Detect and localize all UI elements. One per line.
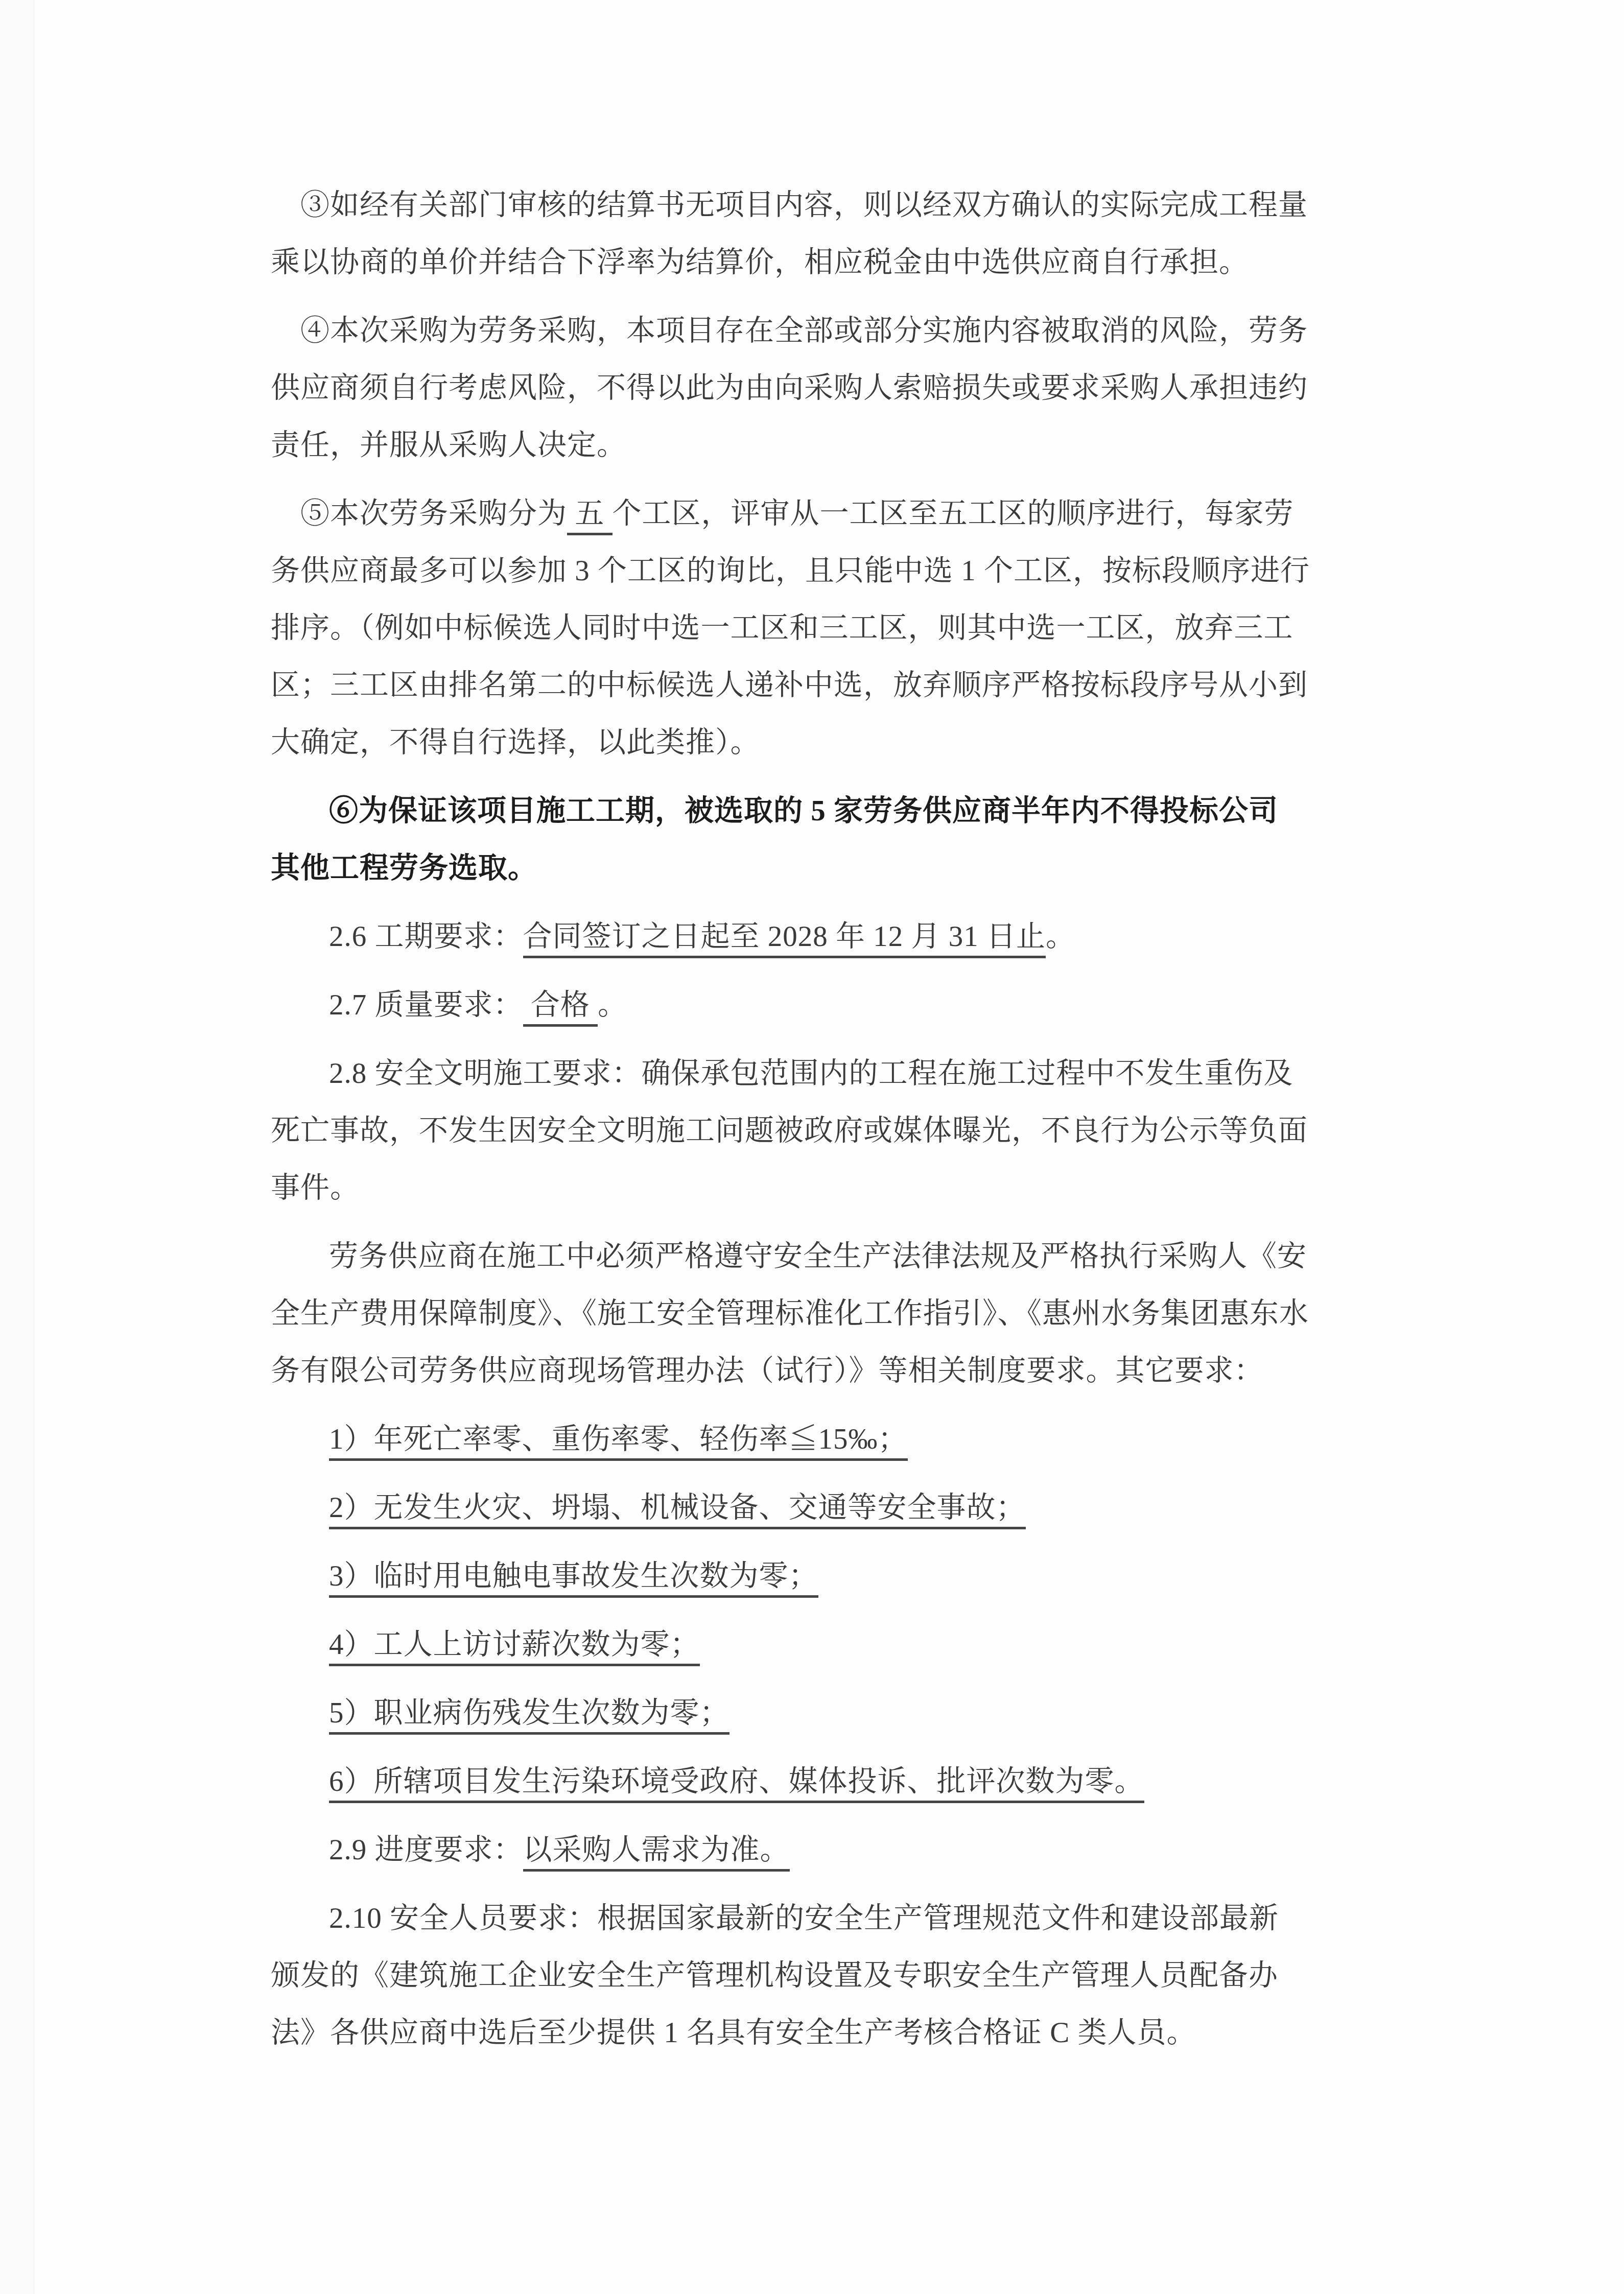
paragraph-item-3: ③如经有关部门审核的结算书无项目内容，则以经双方确认的实际完成工程量 乘以协商的… bbox=[271, 177, 1410, 291]
section-2-9-line: 2.9 进度要求：以采购人需求为准。 bbox=[271, 1822, 1410, 1879]
requirement-item-2-text: 2）无发生火灾、坍塌、机械设备、交通等安全事故； bbox=[329, 1492, 1026, 1529]
section-2-8-line-3: 事件。 bbox=[271, 1160, 1410, 1217]
requirement-item-3-line: 3）临时用电触电事故发生次数为零； bbox=[271, 1548, 1410, 1605]
paragraph-item-5-line-5: 大确定，不得自行选择，以此类推）。 bbox=[271, 714, 1410, 771]
requirement-item-6-text: 6）所辖项目发生污染环境受政府、媒体投诉、批评次数为零。 bbox=[329, 1765, 1144, 1803]
paragraph-safety-rules-line-1: 劳务供应商在施工中必须严格遵守安全生产法律法规及严格执行采购人《安 bbox=[271, 1228, 1410, 1285]
paragraph-item-6-bold: ⑥为保证该项目施工工期，被选取的 5 家劳务供应商半年内不得投标公司 其他工程劳… bbox=[271, 783, 1410, 897]
paragraph-item-4: ④本次采购为劳务采购，本项目存在全部或部分实施内容被取消的风险，劳务 供应商须自… bbox=[271, 302, 1410, 474]
section-2-8-safety-civilized-construction: 2.8 安全文明施工要求：确保承包范围内的工程在施工过程中不发生重伤及 死亡事故… bbox=[271, 1045, 1410, 1217]
section-2-9-underlined-value: 以采购人需求为准。 bbox=[523, 1834, 790, 1872]
requirement-item-4-text: 4）工人上访讨薪次数为零； bbox=[329, 1628, 700, 1666]
paragraph-item-5: ⑤本次劳务采购分为 五 个工区，评审从一工区至五工区的顺序进行，每家劳 务供应商… bbox=[271, 485, 1410, 771]
section-2-6-suffix: 。 bbox=[1046, 920, 1075, 953]
section-2-7-underlined-value: 合格 bbox=[523, 989, 598, 1027]
section-2-7-line: 2.7 质量要求： 合格 。 bbox=[271, 977, 1410, 1034]
paragraph-item-5-line-1-rest: 个工区，评审从一工区至五工区的顺序进行，每家劳 bbox=[613, 498, 1294, 530]
section-2-10-line-1: 2.10 安全人员要求：根据国家最新的安全生产管理规范文件和建设部最新 bbox=[271, 1890, 1410, 1947]
requirement-item-1-text: 1）年死亡率零、重伤率零、轻伤率≦15‰； bbox=[329, 1423, 908, 1461]
paragraph-safety-rules-line-3: 务有限公司劳务供应商现场管理办法（试行）》等相关制度要求。其它要求： bbox=[271, 1342, 1410, 1400]
requirement-item-6-line: 6）所辖项目发生污染环境受政府、媒体投诉、批评次数为零。 bbox=[271, 1753, 1410, 1810]
requirement-item-5-text: 5）职业病伤残发生次数为零； bbox=[329, 1697, 729, 1735]
paragraph-item-4-line-3: 责任，并服从采购人决定。 bbox=[271, 417, 1410, 474]
paragraph-safety-rules-line-2: 全生产费用保障制度》、《施工安全管理标准化工作指引》、《惠州水务集团惠东水 bbox=[271, 1285, 1410, 1342]
text-block: ③如经有关部门审核的结算书无项目内容，则以经双方确认的实际完成工程量 乘以协商的… bbox=[271, 177, 1410, 2073]
paragraph-item-6-line-2: 其他工程劳务选取。 bbox=[271, 840, 1410, 897]
paragraph-item-3-line-1: ③如经有关部门审核的结算书无项目内容，则以经双方确认的实际完成工程量 bbox=[271, 177, 1410, 234]
section-2-6-label: 2.6 工期要求： bbox=[329, 920, 523, 953]
section-2-10-line-2: 颁发的《建筑施工企业安全生产管理机构设置及专职安全生产管理人员配备办 bbox=[271, 1947, 1410, 2004]
paragraph-item-4-line-2: 供应商须自行考虑风险，不得以此为由向采购人索赔损失或要求采购人承担违约 bbox=[271, 360, 1410, 417]
requirement-item-6: 6）所辖项目发生污染环境受政府、媒体投诉、批评次数为零。 bbox=[271, 1753, 1410, 1810]
section-2-8-line-1: 2.8 安全文明施工要求：确保承包范围内的工程在施工过程中不发生重伤及 bbox=[271, 1045, 1410, 1102]
paragraph-item-5-line-3: 排序。（例如中标候选人同时中选一工区和三工区，则其中选一工区，放弃三工 bbox=[271, 600, 1410, 657]
requirement-item-4-line: 4）工人上访讨薪次数为零； bbox=[271, 1616, 1410, 1673]
paragraph-item-6-line-1: ⑥为保证该项目施工工期，被选取的 5 家劳务供应商半年内不得投标公司 bbox=[271, 783, 1410, 840]
requirement-item-5: 5）职业病伤残发生次数为零； bbox=[271, 1685, 1410, 1742]
section-2-7-quality-requirement: 2.7 质量要求： 合格 。 bbox=[271, 977, 1410, 1034]
paragraph-item-3-line-2: 乘以协商的单价并结合下浮率为结算价，相应税金由中选供应商自行承担。 bbox=[271, 234, 1410, 291]
requirement-item-3: 3）临时用电触电事故发生次数为零； bbox=[271, 1548, 1410, 1605]
document-page: ③如经有关部门审核的结算书无项目内容，则以经双方确认的实际完成工程量 乘以协商的… bbox=[0, 0, 1624, 2294]
section-2-6-line: 2.6 工期要求：合同签订之日起至 2028 年 12 月 31 日止。 bbox=[271, 908, 1410, 965]
section-2-9-label: 2.9 进度要求： bbox=[329, 1834, 523, 1866]
paragraph-item-5-line-2: 务供应商最多可以参加 3 个工区的询比，且只能中选 1 个工区，按标段顺序进行 bbox=[271, 542, 1410, 600]
paragraph-item-5-line-1: ⑤本次劳务采购分为 五 个工区，评审从一工区至五工区的顺序进行，每家劳 bbox=[271, 485, 1410, 542]
requirement-item-4: 4）工人上访讨薪次数为零； bbox=[271, 1616, 1410, 1673]
requirement-item-2: 2）无发生火灾、坍塌、机械设备、交通等安全事故； bbox=[271, 1479, 1410, 1536]
scan-edge-artifact bbox=[0, 0, 34, 2294]
paragraph-safety-rules: 劳务供应商在施工中必须严格遵守安全生产法律法规及严格执行采购人《安 全生产费用保… bbox=[271, 1228, 1410, 1400]
section-2-8-line-2: 死亡事故，不发生因安全文明施工问题被政府或媒体曝光，不良行为公示等负面 bbox=[271, 1102, 1410, 1160]
requirement-item-1: 1）年死亡率零、重伤率零、轻伤率≦15‰； bbox=[271, 1411, 1410, 1468]
section-2-6-duration-requirement: 2.6 工期要求：合同签订之日起至 2028 年 12 月 31 日止。 bbox=[271, 908, 1410, 965]
paragraph-item-4-line-1: ④本次采购为劳务采购，本项目存在全部或部分实施内容被取消的风险，劳务 bbox=[271, 302, 1410, 360]
requirement-item-1-line: 1）年死亡率零、重伤率零、轻伤率≦15‰； bbox=[271, 1411, 1410, 1468]
section-2-7-label: 2.7 质量要求： bbox=[329, 989, 523, 1021]
section-2-10-safety-personnel-requirement: 2.10 安全人员要求：根据国家最新的安全生产管理规范文件和建设部最新 颁发的《… bbox=[271, 1890, 1410, 2062]
section-2-10-line-3: 法》各供应商中选后至少提供 1 名具有安全生产考核合格证 C 类人员。 bbox=[271, 2004, 1410, 2062]
section-2-7-suffix: 。 bbox=[598, 989, 627, 1021]
paragraph-item-5-line-1-text: ⑤本次劳务采购分为 bbox=[300, 498, 567, 530]
requirement-item-2-line: 2）无发生火灾、坍塌、机械设备、交通等安全事故； bbox=[271, 1479, 1410, 1536]
paragraph-item-5-line-4: 区；三工区由排名第二的中标候选人递补中选，放弃顺序严格按标段序号从小到 bbox=[271, 657, 1410, 714]
requirement-item-5-line: 5）职业病伤残发生次数为零； bbox=[271, 1685, 1410, 1742]
section-2-9-progress-requirement: 2.9 进度要求：以采购人需求为准。 bbox=[271, 1822, 1410, 1879]
zone-count-underline: 五 bbox=[567, 498, 613, 535]
requirement-item-3-text: 3）临时用电触电事故发生次数为零； bbox=[329, 1560, 818, 1598]
section-2-6-underlined-value: 合同签订之日起至 2028 年 12 月 31 日止 bbox=[523, 920, 1046, 958]
